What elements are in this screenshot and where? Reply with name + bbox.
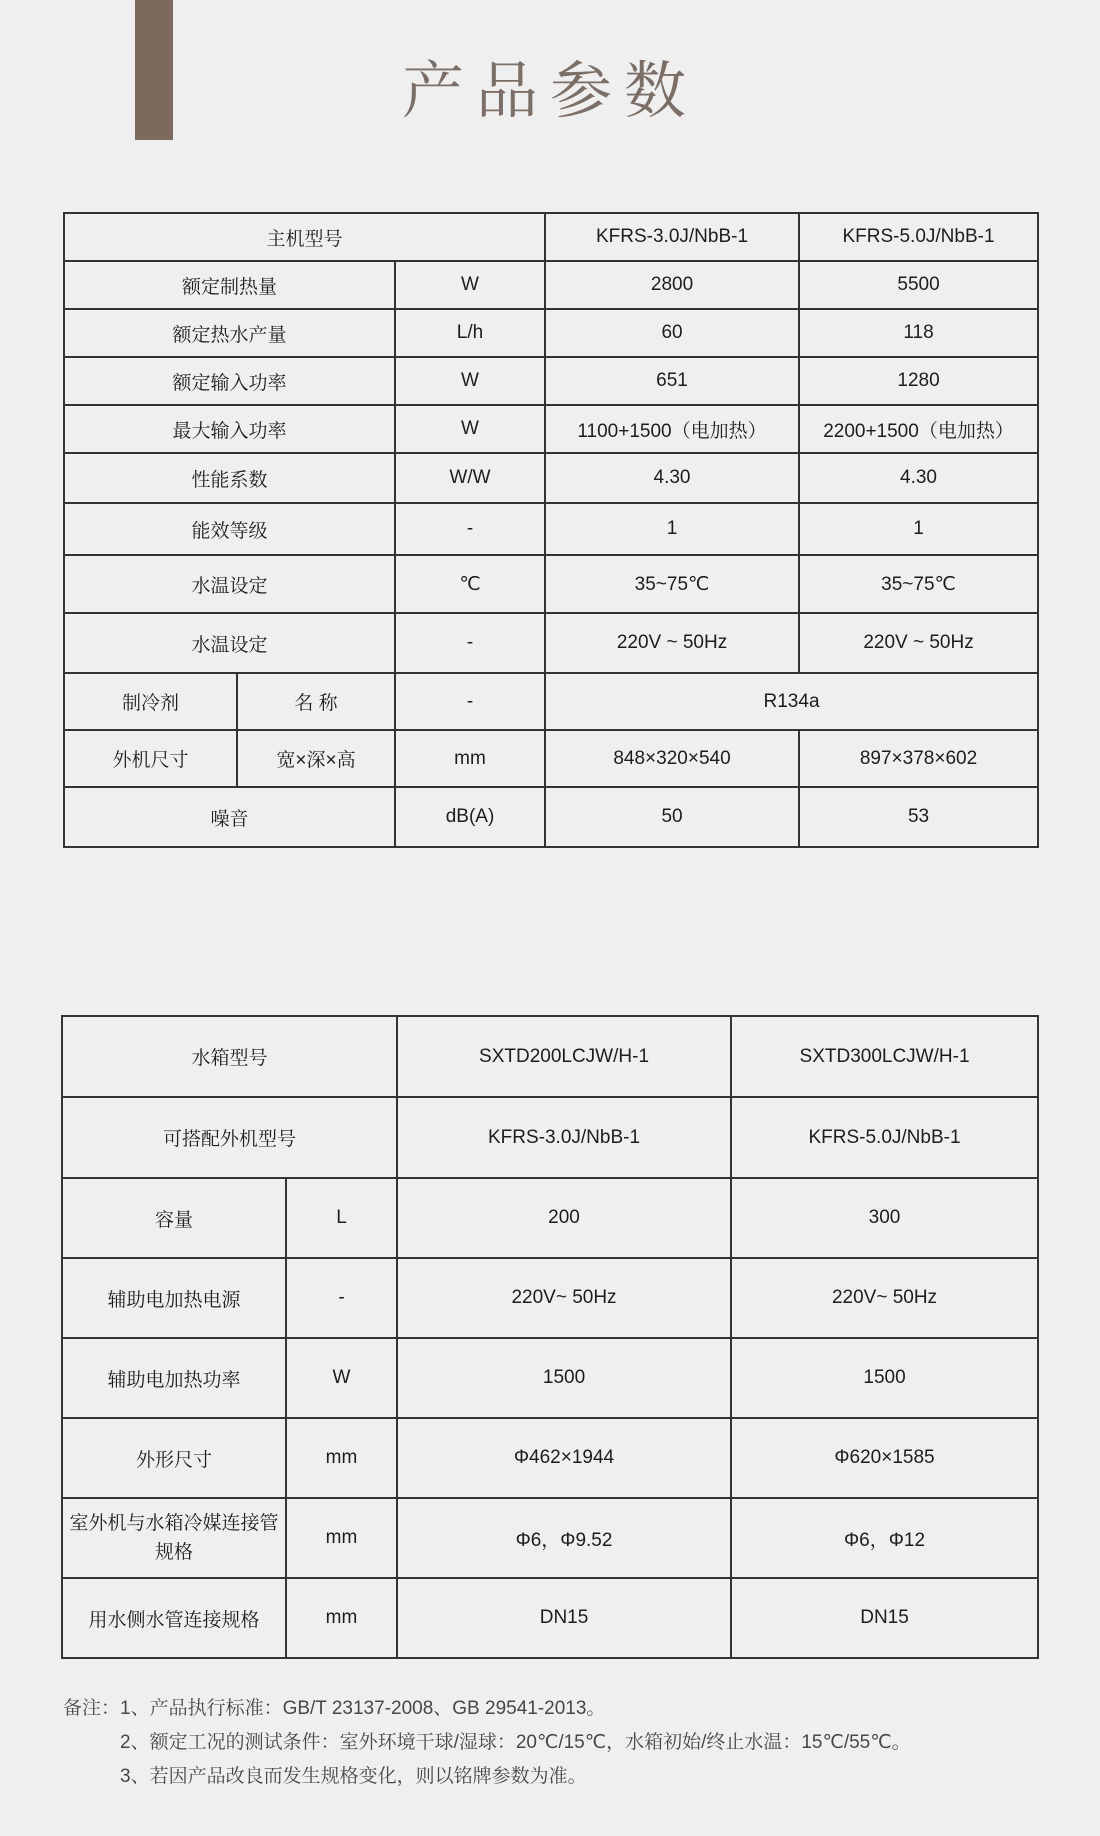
- label-cell: 可搭配外机型号: [62, 1097, 397, 1178]
- table-row: 最大输入功率 W 1100+1500（电加热） 2200+1500（电加热）: [64, 405, 1038, 453]
- label-cell: 额定制热量: [64, 261, 395, 309]
- value-cell-model2: 5500: [799, 261, 1038, 309]
- label-cell: 性能系数: [64, 453, 395, 503]
- label-cell: 额定输入功率: [64, 357, 395, 405]
- label-cell: 辅助电加热功率: [62, 1338, 286, 1418]
- value-cell-model1: Φ462×1944: [397, 1418, 731, 1498]
- unit-cell: -: [286, 1258, 397, 1338]
- value-cell-model2: 220V~ 50Hz: [731, 1258, 1038, 1338]
- label-cell: 最大输入功率: [64, 405, 395, 453]
- unit-cell: mm: [286, 1418, 397, 1498]
- table-row-header: 主机型号 KFRS-3.0J/NbB-1 KFRS-5.0J/NbB-1: [64, 213, 1038, 261]
- label-cell: 额定热水产量: [64, 309, 395, 357]
- header-model1-cell: KFRS-3.0J/NbB-1: [545, 213, 799, 261]
- table-row-pair-model: 可搭配外机型号 KFRS-3.0J/NbB-1 KFRS-5.0J/NbB-1: [62, 1097, 1038, 1178]
- label-cell: 水温设定: [64, 613, 395, 673]
- label-cell: 制冷剂: [64, 673, 237, 730]
- label-cell: 辅助电加热电源: [62, 1258, 286, 1338]
- value-cell-model2: Φ6，Φ12: [731, 1498, 1038, 1578]
- value-cell-model1: 2800: [545, 261, 799, 309]
- label-cell: 用水侧水管连接规格: [62, 1578, 286, 1658]
- unit-cell: mm: [395, 730, 545, 787]
- label-cell: 室外机与水箱冷媒连接管规格: [62, 1498, 286, 1578]
- label-cell: 水温设定: [64, 555, 395, 613]
- label-cell: 外形尺寸: [62, 1418, 286, 1498]
- value-cell-model2: 1: [799, 503, 1038, 555]
- table-row-refrigerant: 制冷剂 名 称 - R134a: [64, 673, 1038, 730]
- label-cell: 噪音: [64, 787, 395, 847]
- unit-cell: W: [286, 1338, 397, 1418]
- table-row: 性能系数 W/W 4.30 4.30: [64, 453, 1038, 503]
- value-cell-model1: 4.30: [545, 453, 799, 503]
- value-cell-model2: KFRS-5.0J/NbB-1: [731, 1097, 1038, 1178]
- value-cell-span: R134a: [545, 673, 1038, 730]
- value-cell-model1: 220V ~ 50Hz: [545, 613, 799, 673]
- value-cell-model2: 897×378×602: [799, 730, 1038, 787]
- table-row: 能效等级 - 1 1: [64, 503, 1038, 555]
- value-cell-model1: KFRS-3.0J/NbB-1: [397, 1097, 731, 1178]
- sublabel-cell: 宽×深×高: [237, 730, 395, 787]
- unit-cell: ℃: [395, 555, 545, 613]
- table-row: 水温设定 - 220V ~ 50Hz 220V ~ 50Hz: [64, 613, 1038, 673]
- value-cell-model1: 1100+1500（电加热）: [545, 405, 799, 453]
- value-cell-model1: 1500: [397, 1338, 731, 1418]
- notes-block: 备注： 1、产品执行标准：GB/T 23137-2008、GB 29541-20…: [63, 1692, 1100, 1794]
- table-row: 容量 L 200 300: [62, 1178, 1038, 1258]
- value-cell-model2: DN15: [731, 1578, 1038, 1658]
- value-cell-model2: SXTD300LCJW/H-1: [731, 1016, 1038, 1097]
- table-row-tank-model: 水箱型号 SXTD200LCJW/H-1 SXTD300LCJW/H-1: [62, 1016, 1038, 1097]
- header-model2-cell: KFRS-5.0J/NbB-1: [799, 213, 1038, 261]
- value-cell-model1: Φ6，Φ9.52: [397, 1498, 731, 1578]
- table-row: 辅助电加热功率 W 1500 1500: [62, 1338, 1038, 1418]
- table-row: 额定制热量 W 2800 5500: [64, 261, 1038, 309]
- value-cell-model1: 848×320×540: [545, 730, 799, 787]
- value-cell-model2: 220V ~ 50Hz: [799, 613, 1038, 673]
- value-cell-model2: 300: [731, 1178, 1038, 1258]
- table-row: 水温设定 ℃ 35~75℃ 35~75℃: [64, 555, 1038, 613]
- unit-cell: -: [395, 613, 545, 673]
- value-cell-model1: 35~75℃: [545, 555, 799, 613]
- note-item: 2、额定工况的测试条件：室外环境干球/湿球：20℃/15℃，水箱初始/终止水温：…: [120, 1726, 1100, 1760]
- table-row: 外形尺寸 mm Φ462×1944 Φ620×1585: [62, 1418, 1038, 1498]
- value-cell-model2: 4.30: [799, 453, 1038, 503]
- unit-cell: W: [395, 261, 545, 309]
- page-title: 产品参数: [0, 58, 1100, 126]
- value-cell-model2: 1280: [799, 357, 1038, 405]
- table-row: 额定输入功率 W 651 1280: [64, 357, 1038, 405]
- unit-cell: dB(A): [395, 787, 545, 847]
- value-cell-model2: 2200+1500（电加热）: [799, 405, 1038, 453]
- value-cell-model1: DN15: [397, 1578, 731, 1658]
- value-cell-model2: 53: [799, 787, 1038, 847]
- sublabel-cell: 名 称: [237, 673, 395, 730]
- table-row-dimensions: 外机尺寸 宽×深×高 mm 848×320×540 897×378×602: [64, 730, 1038, 787]
- value-cell-model1: 1: [545, 503, 799, 555]
- unit-cell: W/W: [395, 453, 545, 503]
- label-cell: 外机尺寸: [64, 730, 237, 787]
- value-cell-model1: 50: [545, 787, 799, 847]
- unit-cell: mm: [286, 1498, 397, 1578]
- value-cell-model2: 35~75℃: [799, 555, 1038, 613]
- unit-cell: L: [286, 1178, 397, 1258]
- table-row-noise: 噪音 dB(A) 50 53: [64, 787, 1038, 847]
- label-cell: 能效等级: [64, 503, 395, 555]
- table-row: 辅助电加热电源 - 220V~ 50Hz 220V~ 50Hz: [62, 1258, 1038, 1338]
- value-cell-model1: 651: [545, 357, 799, 405]
- unit-cell: mm: [286, 1578, 397, 1658]
- note-item: 3、若因产品改良而发生规格变化，则以铭牌参数为准。: [120, 1760, 1100, 1794]
- header-label-cell: 主机型号: [64, 213, 545, 261]
- label-cell: 容量: [62, 1178, 286, 1258]
- value-cell-model2: Φ620×1585: [731, 1418, 1038, 1498]
- unit-cell: -: [395, 503, 545, 555]
- value-cell-model2: 1500: [731, 1338, 1038, 1418]
- unit-cell: -: [395, 673, 545, 730]
- note-item: 1、产品执行标准：GB/T 23137-2008、GB 29541-2013。: [120, 1692, 1100, 1726]
- main-unit-spec-table: 主机型号 KFRS-3.0J/NbB-1 KFRS-5.0J/NbB-1 额定制…: [63, 212, 1039, 848]
- value-cell-model1: 220V~ 50Hz: [397, 1258, 731, 1338]
- value-cell-model1: 60: [545, 309, 799, 357]
- value-cell-model1: SXTD200LCJW/H-1: [397, 1016, 731, 1097]
- table-row: 额定热水产量 L/h 60 118: [64, 309, 1038, 357]
- table-row: 用水侧水管连接规格 mm DN15 DN15: [62, 1578, 1038, 1658]
- notes-prefix: 备注：: [63, 1692, 120, 1726]
- label-cell: 水箱型号: [62, 1016, 397, 1097]
- water-tank-spec-table: 水箱型号 SXTD200LCJW/H-1 SXTD300LCJW/H-1 可搭配…: [61, 1015, 1039, 1659]
- unit-cell: W: [395, 405, 545, 453]
- unit-cell: L/h: [395, 309, 545, 357]
- unit-cell: W: [395, 357, 545, 405]
- table-row: 室外机与水箱冷媒连接管规格 mm Φ6，Φ9.52 Φ6，Φ12: [62, 1498, 1038, 1578]
- value-cell-model1: 200: [397, 1178, 731, 1258]
- value-cell-model2: 118: [799, 309, 1038, 357]
